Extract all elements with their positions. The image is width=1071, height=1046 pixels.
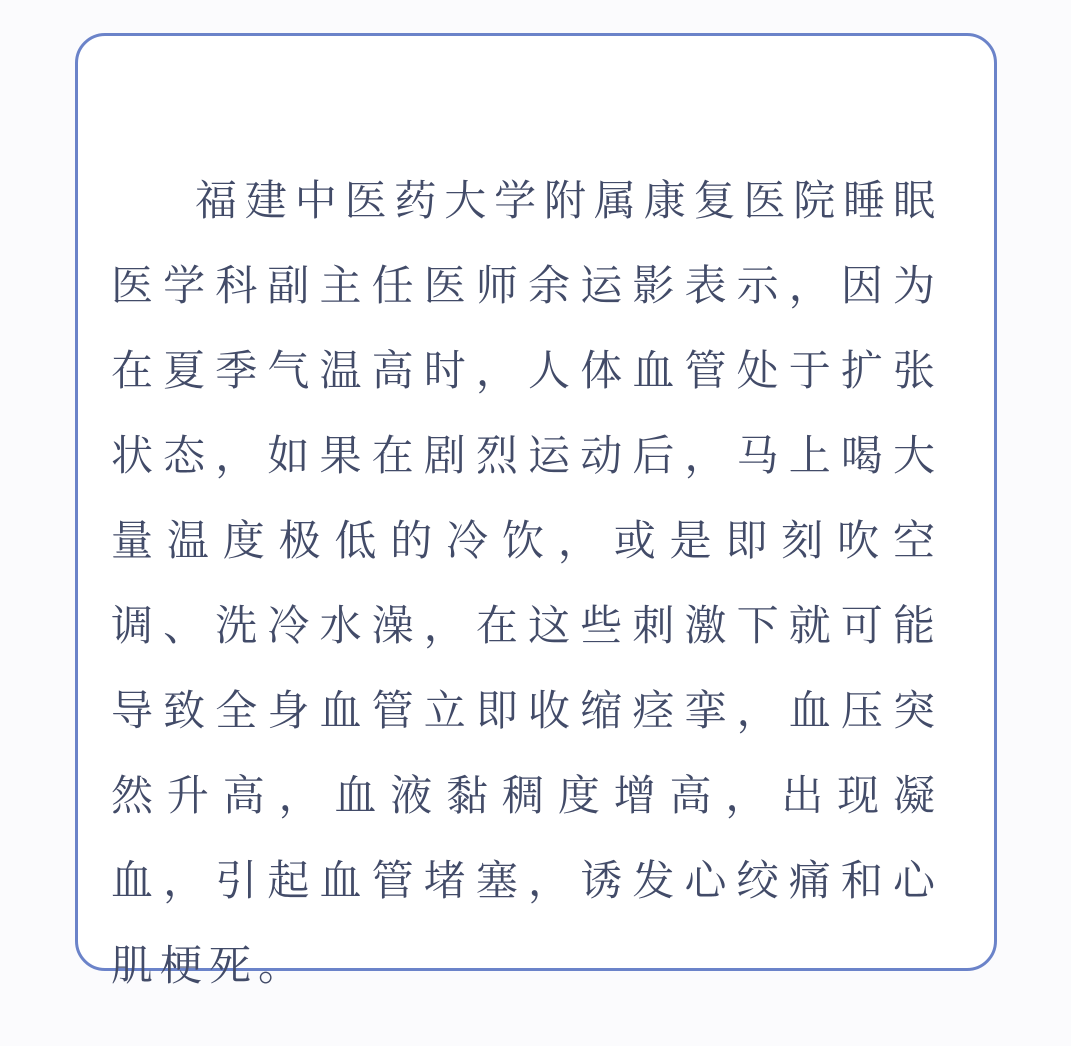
text-card: 福建中医药大学附属康复医院睡眠医学科副主任医师余运影表示，因为在夏季气温高时，人… <box>75 33 997 971</box>
page: { "card": { "paragraph": "福建中医药大学附属康复医院睡… <box>0 0 1071 1046</box>
article-paragraph: 福建中医药大学附属康复医院睡眠医学科副主任医师余运影表示，因为在夏季气温高时，人… <box>78 36 994 1008</box>
